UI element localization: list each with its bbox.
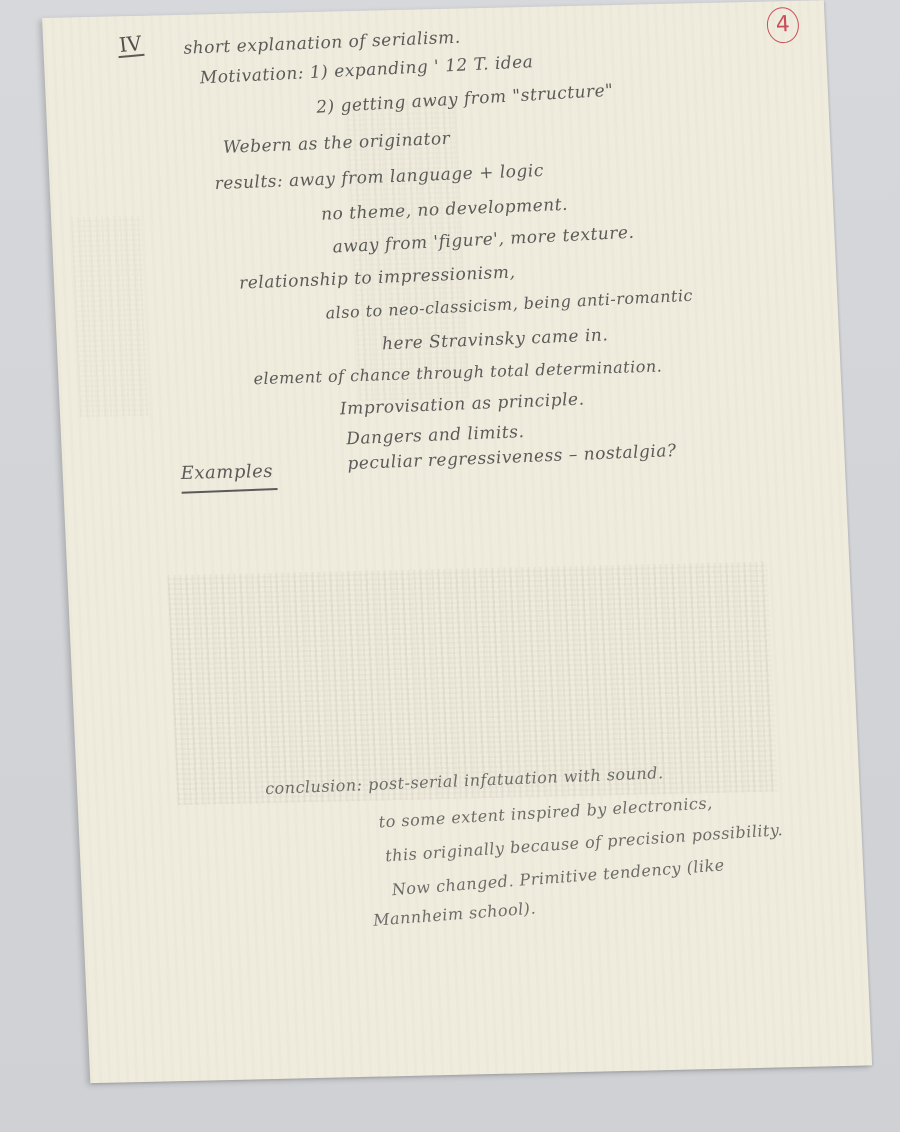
- manuscript-page: IV 4 short explanation of serialism. Mot…: [42, 0, 872, 1083]
- examples-heading: Examples: [180, 461, 273, 484]
- note-line: relationship to impressionism,: [239, 263, 516, 294]
- conclusion-line: Now changed. Primitive tendency (like: [391, 855, 726, 899]
- note-line: Dangers and limits.: [346, 422, 525, 449]
- conclusion-line: Mannheim school).: [372, 899, 537, 930]
- note-line: Improvisation as principle.: [339, 390, 585, 420]
- note-line: results: away from language + logic: [214, 161, 544, 194]
- note-line: 2) getting away from "structure": [315, 81, 614, 118]
- note-line: no theme, no development.: [321, 195, 569, 225]
- page-number-circled: 4: [766, 7, 800, 44]
- note-line: also to neo-classicism, being anti-roman…: [325, 286, 694, 323]
- conclusion-line: conclusion: post-serial infatuation with…: [265, 763, 664, 798]
- bleed-through-print: [71, 216, 150, 417]
- note-line: Motivation: 1) expanding ' 12 T. idea: [199, 52, 534, 88]
- note-line: element of chance through total determin…: [253, 356, 663, 388]
- section-number: IV: [116, 33, 145, 58]
- note-line: here Stravinsky came in.: [381, 325, 608, 354]
- note-line: Webern as the originator: [222, 129, 450, 158]
- note-line: away from 'figure', more texture.: [332, 223, 635, 258]
- conclusion-line: to some extent inspired by electronics,: [378, 793, 713, 831]
- bleed-through-print: [167, 562, 777, 805]
- note-line: short explanation of serialism.: [183, 28, 461, 59]
